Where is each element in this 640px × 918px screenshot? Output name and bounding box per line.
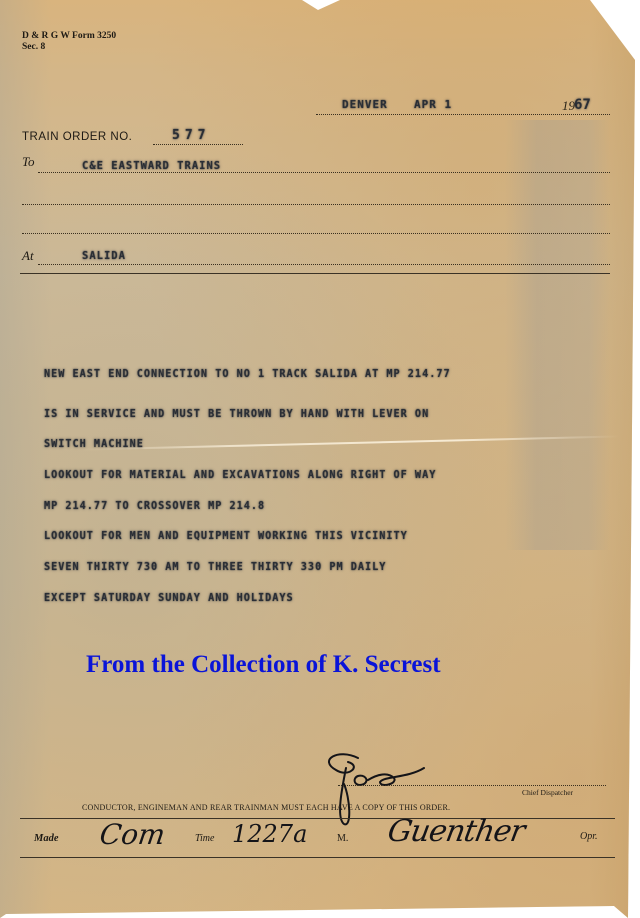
dispatcher-label: Chief Dispatcher xyxy=(522,788,573,797)
place: DENVER xyxy=(342,98,388,111)
time-label: Time xyxy=(195,833,214,844)
to-line-3 xyxy=(22,233,610,234)
order-line: SWITCH MACHINE xyxy=(44,439,144,450)
at-line xyxy=(38,264,610,265)
form-number: D & R G W Form 3250 xyxy=(22,31,116,42)
order-line: LOOKOUT FOR MEN AND EQUIPMENT WORKING TH… xyxy=(44,531,408,542)
order-line: SEVEN THIRTY 730 AM TO THREE THIRTY 330 … xyxy=(44,562,386,573)
form-section: Sec. 8 xyxy=(22,42,116,53)
footer-rule-bottom xyxy=(20,857,615,858)
order-number-label: TRAIN ORDER NO. xyxy=(22,131,132,143)
year-suffix: 67 xyxy=(574,97,591,113)
operator-label: Opr. xyxy=(580,831,598,842)
date: APR 1 xyxy=(414,98,452,111)
header-rule xyxy=(20,273,610,274)
to-line-1 xyxy=(38,172,610,173)
order-line: MP 214.77 TO CROSSOVER MP 214.8 xyxy=(44,501,265,512)
to-value: C&E EASTWARD TRAINS xyxy=(82,160,221,172)
at-value: SALIDA xyxy=(82,250,126,262)
time-value: 1227a xyxy=(232,820,307,848)
copy-instruction: CONDUCTOR, ENGINEMAN AND REAR TRAINMAN M… xyxy=(82,803,450,812)
to-label: To xyxy=(22,154,35,170)
order-line: LOOKOUT FOR MATERIAL AND EXCAVATIONS ALO… xyxy=(44,470,436,481)
operator-signature: Guenther xyxy=(385,814,527,849)
made-value: Com xyxy=(98,818,167,851)
dispatcher-line xyxy=(338,785,606,786)
at-label: At xyxy=(22,248,34,264)
place-date-line: DENVER APR 1 19 67 xyxy=(316,98,610,115)
made-label: Made xyxy=(34,833,59,844)
collection-watermark: From the Collection of K. Secrest xyxy=(86,651,441,679)
time-suffix: M. xyxy=(337,833,348,844)
to-line-2 xyxy=(22,204,610,205)
order-line: IS IN SERVICE AND MUST BE THROWN BY HAND… xyxy=(44,409,429,420)
form-header: D & R G W Form 3250 Sec. 8 xyxy=(22,31,116,53)
order-line: EXCEPT SATURDAY SUNDAY AND HOLIDAYS xyxy=(44,593,294,604)
order-number: 577 xyxy=(172,128,210,143)
order-line: NEW EAST END CONNECTION TO NO 1 TRACK SA… xyxy=(44,369,451,380)
